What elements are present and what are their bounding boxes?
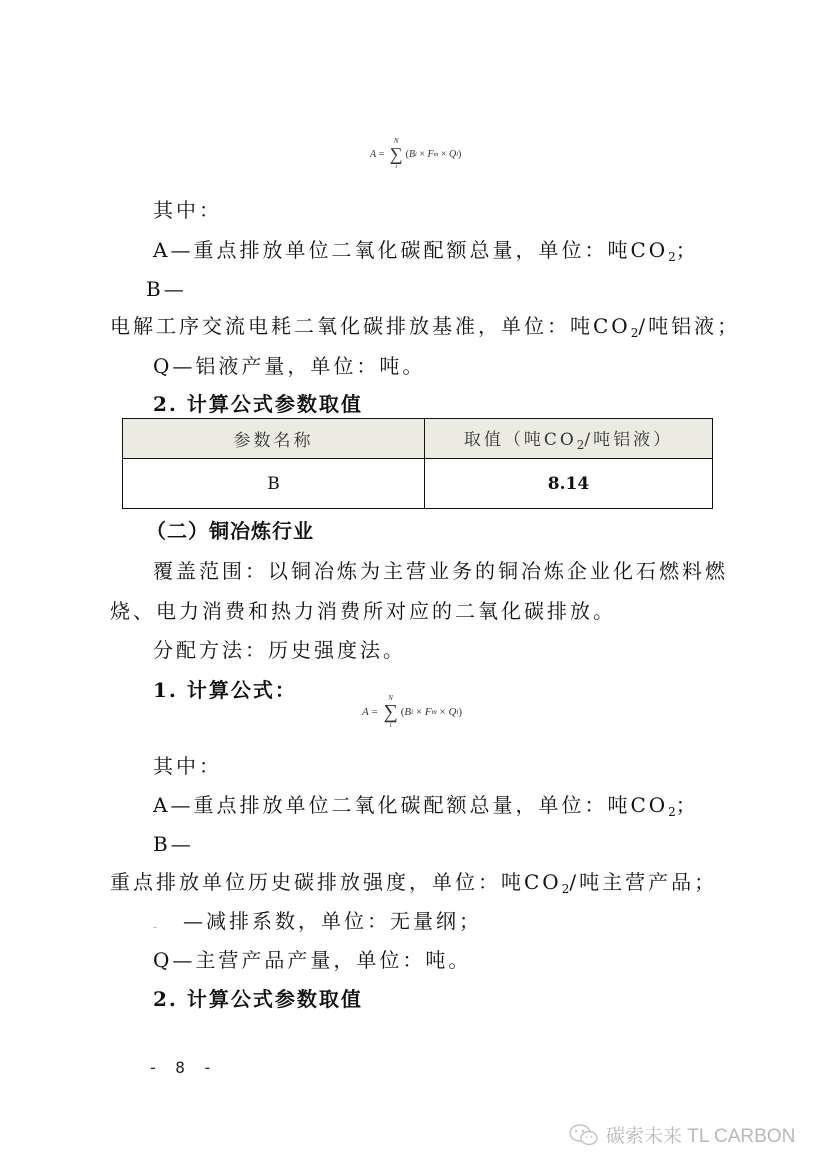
formula-copper: A = N ∑ i ( Bi × Fm × Qi ) <box>362 695 462 729</box>
formula-glyph-fm: Fₘ <box>153 918 183 928</box>
header-param-name: 参数名称 <box>123 419 425 459</box>
formula-aluminum: A = N ∑ i ( Bi × Fm × Qi ) <box>370 138 461 170</box>
definition-b-label: B— <box>146 276 187 302</box>
table-row: B 8.14 <box>123 459 713 509</box>
definition-q-2: Q—主营产品产量，单位：吨。 <box>153 947 471 973</box>
params-heading-2: 2. 计算公式参数取值 <box>153 986 363 1012</box>
cell-param-value: 8.14 <box>425 459 713 509</box>
watermark: 碳索未来 TL CARBON <box>568 1121 795 1148</box>
definition-b-text: 电解工序交流电耗二氧化碳排放基准，单位：吨CO2/吨铝液； <box>110 313 740 346</box>
document-page: A = N ∑ i ( Bi × Fm × Qi ) 其中： A—重点排放单位二… <box>0 0 828 1169</box>
section-title-copper: （二）铜冶炼行业 <box>146 518 314 544</box>
wechat-icon <box>568 1123 600 1147</box>
scope-line-1: 覆盖范围：以铜冶炼为主营业务的铜冶炼企业化石燃料燃 <box>153 558 728 584</box>
formula-heading: 1. 计算公式： <box>153 677 297 703</box>
allocation-method: 分配方法：历史强度法。 <box>153 637 406 663</box>
definition-a-2: A—重点排放单位二氧化碳配额总量，单位：吨CO2； <box>153 792 699 825</box>
params-heading-1: 2. 计算公式参数取值 <box>153 391 363 417</box>
parameter-table: 参数名称 取值（吨CO2/吨铝液） B 8.14 <box>122 418 713 509</box>
definition-a: A—重点排放单位二氧化碳配额总量，单位：吨CO2； <box>153 237 699 270</box>
table-header-row: 参数名称 取值（吨CO2/吨铝液） <box>123 419 713 459</box>
definition-b-label-2: B— <box>153 831 194 857</box>
definition-b-text-2: 重点排放单位历史碳排放强度，单位：吨CO2/吨主营产品； <box>110 869 717 902</box>
definition-f: Fₘ—减排系数，单位：无量纲； <box>153 908 482 934</box>
where-label: 其中： <box>153 197 222 223</box>
definition-q: Q—铝液产量，单位：吨。 <box>153 353 425 379</box>
scope-line-2: 烧、电力消费和热力消费所对应的二氧化碳排放。 <box>110 598 616 624</box>
where-label-2: 其中： <box>153 753 222 779</box>
watermark-text: 碳索未来 TL CARBON <box>606 1121 795 1148</box>
summation-symbol: N ∑ i <box>383 695 397 729</box>
formula-lhs: A <box>362 706 369 718</box>
page-number: - 8 - <box>148 1058 216 1077</box>
cell-param-name: B <box>123 459 425 509</box>
header-param-value: 取值（吨CO2/吨铝液） <box>425 419 713 459</box>
summation-symbol: N ∑ i <box>390 138 403 170</box>
